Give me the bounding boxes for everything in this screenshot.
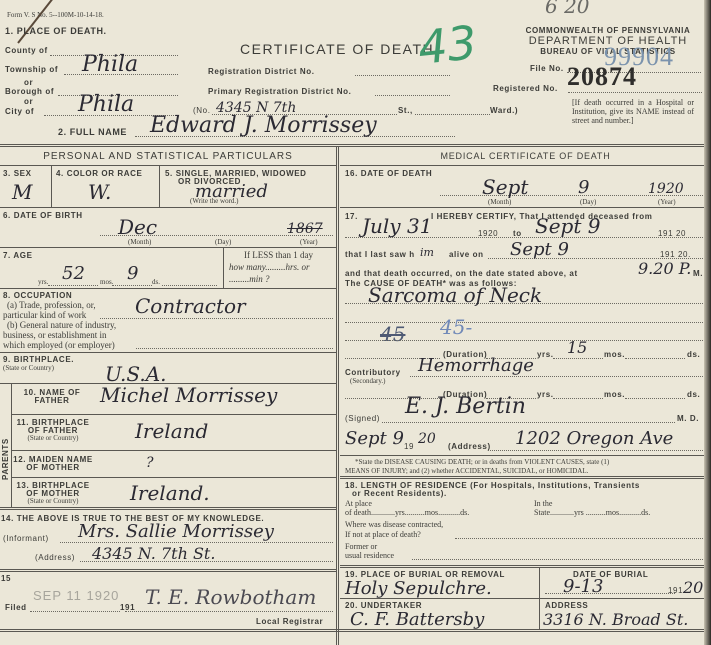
duration-mos: 15 — [567, 338, 587, 357]
code-struck: 45 — [380, 322, 405, 346]
rule — [340, 598, 711, 599]
address-value: 4345 N. 7th St. — [92, 544, 215, 563]
registration-district-line — [355, 75, 450, 76]
borough-label: Borough of — [5, 87, 54, 96]
contributory-label: Contributory — [345, 368, 401, 377]
certificate-title: CERTIFICATE OF DEATH — [240, 41, 434, 57]
duration-yrs-caption: yrs. — [537, 350, 554, 359]
md-label: M. D. — [677, 414, 699, 423]
full-name-label: 2. FULL NAME — [58, 127, 127, 137]
duration2-mos: mos. — [604, 390, 625, 399]
age-label: 7. AGE — [3, 251, 33, 260]
strike-mark — [17, 0, 80, 44]
signed-year: 20 — [418, 431, 436, 447]
death-day: 9 — [578, 177, 589, 198]
burial-date-value: 9-13 — [563, 576, 603, 597]
or-text-1: or — [24, 78, 33, 87]
rule — [159, 165, 160, 207]
code-blue: 45- — [440, 315, 472, 339]
last-saw-prefix: that I last saw h — [345, 250, 415, 259]
certify-number: 17. — [345, 212, 358, 221]
in-state-1: In the — [534, 499, 552, 508]
doctor-address-value: 1202 Oregon Ave — [515, 428, 673, 449]
signed-label: (Signed) — [345, 414, 380, 423]
less-than-line-3: .........min ? — [229, 274, 270, 284]
less-than-line-1: If LESS than 1 day — [244, 250, 313, 260]
rule — [340, 476, 711, 479]
center-divider — [336, 147, 339, 645]
dob-year-caption: (Year) — [300, 238, 318, 246]
footnote-1: *State the DISEASE CAUSING DEATH; or in … — [355, 458, 609, 466]
dob-month: Dec — [118, 215, 157, 239]
father-name-value: Michel Morrissey — [100, 383, 277, 407]
parents-vertical-label: PARENTS — [1, 420, 10, 480]
local-registrar-label: Local Registrar — [256, 617, 323, 626]
birthplace-label: 9. BIRTHPLACE. — [3, 355, 74, 364]
signed-value: E. J. Bertin — [405, 394, 526, 419]
occupation-a-1: (a) Trade, profession, or, — [7, 300, 96, 310]
rule — [0, 569, 336, 572]
registered-number-stamp: 20874 — [567, 62, 637, 92]
occupation-a-line — [100, 318, 333, 319]
occupation-b-1: (b) General nature of industry, — [7, 320, 116, 330]
signed-year-prefix: 19 — [404, 442, 414, 451]
at-place-2: of death............yrs..........mos....… — [345, 508, 469, 517]
duration-line-d — [625, 358, 685, 359]
burial-year-prefix: 191 — [668, 586, 683, 595]
rule — [51, 165, 52, 207]
last-saw-date: Sept 9 — [510, 239, 569, 260]
place-of-death-label: 1. PLACE OF DEATH. — [5, 26, 107, 36]
duration2-ds: ds. — [687, 390, 700, 399]
attended-from: July 31 — [362, 214, 432, 238]
contributory-value: Hemorrhage — [418, 355, 534, 376]
full-name-value: Edward J. Morrissey — [150, 113, 377, 138]
primary-registration-line — [375, 95, 450, 96]
age-mos-line — [112, 285, 152, 286]
dob-day-caption: (Day) — [215, 238, 231, 246]
cause-line-3 — [345, 340, 705, 341]
top-rule — [0, 144, 711, 147]
last-saw-year: 191 20. — [660, 250, 691, 259]
township-label: Township of — [5, 65, 58, 74]
filed-number: 15 — [1, 574, 11, 583]
mother-maiden-value: ? — [146, 455, 154, 471]
mother-maiden-label-2: OF MOTHER — [12, 463, 94, 472]
contributory-line — [410, 376, 705, 377]
former-2: usual residence — [345, 551, 394, 560]
doctor-address-line — [488, 450, 705, 451]
cause-value: Sarcoma of Neck — [368, 283, 542, 307]
occurred-suffix: M. — [693, 269, 703, 278]
form-number: Form V. S No. 5--100M-10-14-18. — [7, 11, 104, 19]
personal-section-title: PERSONAL AND STATISTICAL PARTICULARS — [0, 151, 336, 162]
medical-section-title: MEDICAL CERTIFICATE OF DEATH — [340, 151, 711, 161]
city-label: City of — [5, 107, 34, 116]
address-label: (Address) — [35, 553, 75, 562]
undertaker-value: C. F. Battersby — [350, 609, 484, 630]
burial-value: Holy Sepulchre. — [345, 578, 492, 599]
signed-line — [382, 422, 675, 423]
rule — [0, 247, 336, 248]
attended-to: Sept 9 — [535, 214, 600, 238]
duration-line-c — [553, 358, 603, 359]
date-of-death-label: 16. DATE OF DEATH — [345, 169, 432, 178]
duration2-yrs: yrs. — [537, 390, 554, 399]
rule — [0, 352, 336, 353]
contracted-2: If not at place of death? — [345, 530, 421, 539]
filed-label: Filed — [5, 603, 27, 612]
age-yrs: 52 — [62, 263, 85, 284]
undertaker-address-value: 3316 N. Broad St. — [543, 610, 688, 629]
death-year-caption: (Year) — [658, 198, 676, 206]
father-name-label-2: FATHER — [12, 396, 92, 405]
duration2-line-c — [553, 398, 603, 399]
father-birthplace-hint: (State or Country) — [12, 434, 94, 442]
page-edge — [704, 0, 711, 645]
occupation-a-2: particular kind of work — [3, 310, 86, 320]
age-mos: 9 — [127, 263, 138, 284]
occupation-value: Contractor — [135, 294, 246, 318]
rule — [11, 450, 336, 451]
mother-birthplace-value: Ireland. — [130, 481, 210, 505]
death-month-caption: (Month) — [488, 198, 511, 206]
death-certificate: Form V. S No. 5--100M-10-14-18. 6 20 1. … — [0, 0, 711, 645]
occupation-b-line — [136, 348, 333, 349]
dob-label: 6. DATE OF BIRTH — [3, 211, 83, 220]
race-label: 4. COLOR OR RACE — [56, 169, 143, 178]
less-than-line-2: how many.........hrs. or — [229, 262, 310, 272]
duration-mos-caption: mos. — [604, 350, 625, 359]
rule — [0, 288, 336, 289]
dob-year: 1867 — [287, 221, 323, 237]
occupation-b-3: which employed (or employer) — [3, 340, 115, 350]
birthplace-hint: (State or Country) — [3, 364, 54, 372]
rule — [223, 247, 224, 288]
rule — [340, 565, 711, 568]
death-day-caption: (Day) — [580, 198, 596, 206]
mother-birthplace-hint: (State or Country) — [12, 497, 94, 505]
ward-line — [415, 114, 490, 115]
former-1: Former or — [345, 542, 377, 551]
registrar-line — [125, 611, 333, 612]
county-label: County of — [5, 46, 48, 55]
to-label: to — [513, 229, 522, 238]
occurred-text: and that death occurred, on the date sta… — [345, 269, 578, 278]
contracted-1: Where was disease contracted, — [345, 520, 443, 529]
filed-line — [30, 611, 120, 612]
contracted-line — [455, 538, 705, 539]
rule — [0, 507, 336, 510]
township-value: Phila — [82, 52, 138, 77]
marital-hint: (Write the word.) — [190, 197, 239, 205]
residence-label-2: or Recent Residents). — [352, 489, 447, 498]
informant-line — [60, 542, 333, 543]
yrs-caption: yrs. — [38, 278, 48, 286]
last-saw-pronoun: im — [420, 246, 434, 259]
last-saw-mid: alive on — [449, 250, 484, 259]
father-birthplace-value: Ireland — [135, 419, 208, 443]
hospital-note: [If death occurred in a Hospital or Inst… — [572, 98, 694, 125]
former-line — [412, 559, 705, 560]
registered-no-line — [568, 92, 702, 93]
informant-label: (Informant) — [3, 534, 49, 543]
rule — [340, 455, 711, 456]
attended-to-year: 191 20 — [658, 229, 686, 238]
occupation-label: 8. OCCUPATION — [3, 291, 72, 300]
filed-stamp: SEP 11 1920 — [33, 588, 119, 603]
file-no-label: File No. — [530, 64, 564, 73]
sex-value: M — [12, 180, 32, 204]
rule — [11, 414, 336, 415]
attended-from-year: 1920 — [478, 229, 498, 238]
race-value: W. — [88, 180, 111, 204]
sex-label: 3. SEX — [3, 169, 32, 178]
undertaker-address-label: ADDRESS — [545, 601, 588, 610]
primary-registration-label: Primary Registration District No. — [208, 87, 351, 96]
rule — [0, 207, 336, 208]
rule — [11, 477, 336, 478]
death-year: 1920 — [648, 181, 684, 197]
registration-district-label: Registration District No. — [208, 67, 315, 76]
at-place-1: At place — [345, 499, 372, 508]
occupation-b-2: business, or establishment in — [3, 330, 107, 340]
contributory-hint: (Secondary.) — [350, 377, 386, 385]
in-state-2: State............yrs ..........mos......… — [534, 508, 650, 517]
ds-caption: ds. — [152, 278, 160, 286]
registered-no-label: Registered No. — [493, 84, 558, 93]
annotation-top: 6 20 — [545, 0, 590, 18]
duration2-line-d — [625, 398, 685, 399]
duration-ds-caption: ds. — [687, 350, 700, 359]
signed-date: Sept 9 — [345, 428, 404, 449]
green-number: 43 — [415, 15, 479, 75]
rule — [340, 207, 711, 208]
ward-label: Ward.) — [490, 106, 518, 115]
street-suffix: St., — [398, 106, 413, 115]
or-text-2: or — [24, 97, 33, 106]
commonwealth: COMMONWEALTH OF PENNSYLVANIA — [493, 26, 711, 35]
doctor-address-label: (Address) — [448, 442, 491, 451]
age-ds-line — [162, 285, 217, 286]
death-month: Sept — [482, 175, 528, 199]
occurred-time: 9.20 P. — [638, 259, 691, 278]
dob-month-caption: (Month) — [128, 238, 151, 246]
burial-year: 20 — [683, 578, 703, 597]
informant-value: Mrs. Sallie Morrissey — [78, 521, 274, 542]
age-yrs-line — [48, 285, 98, 286]
registrar-signature: T. E. Rowbotham — [145, 585, 316, 609]
footnote-2: MEANS OF INJURY; and (2) whether ACCIDEN… — [345, 467, 588, 475]
rule — [340, 165, 711, 166]
city-value: Phila — [78, 92, 134, 117]
